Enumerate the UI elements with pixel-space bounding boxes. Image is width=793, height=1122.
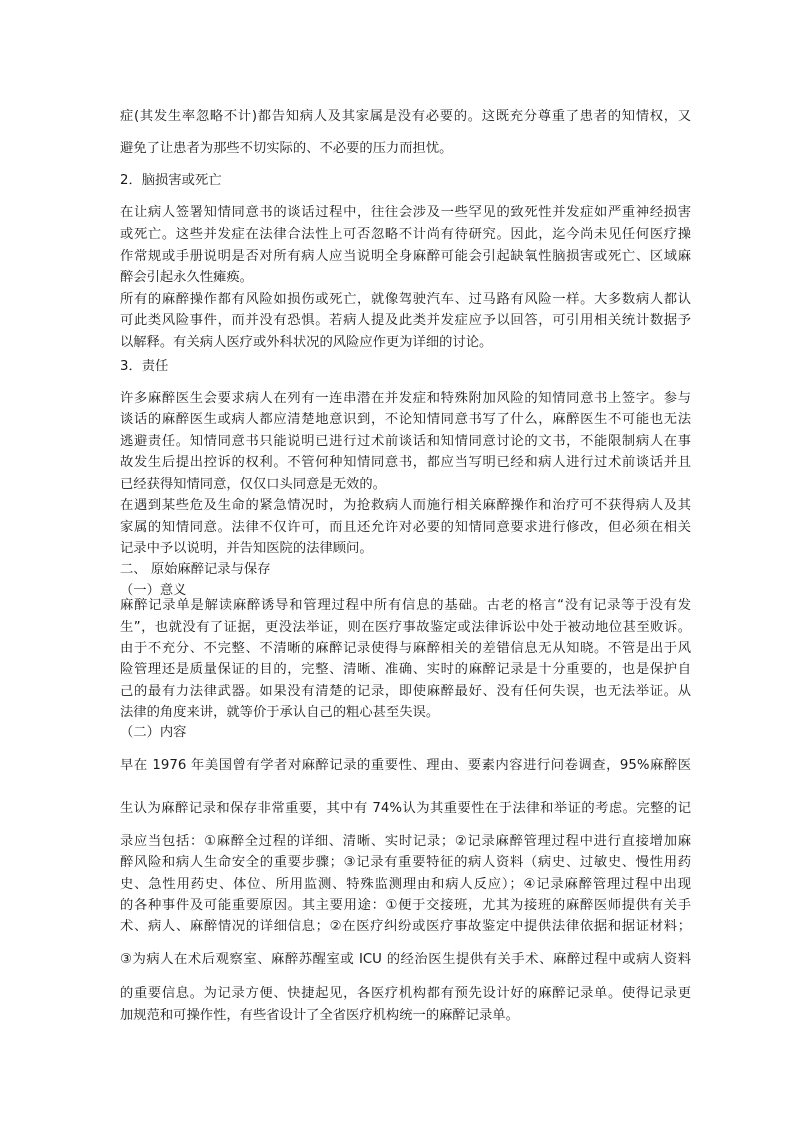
paragraph-line: 己的最有力法律武器。如果没有清楚的记录，即使麻醉最好、没有任何失误，也无法举证。…	[120, 682, 691, 702]
paragraph-line: 避免了让患者为那些不切实际的、不必要的压力而担忧。	[120, 139, 691, 159]
paragraph-line: 醉会引起永久性瘫痪。	[120, 268, 691, 288]
paragraph-line: 的各种事件及可能重要原因。其主要用途：①便于交接班，尤其为接班的麻醉医师提供有关…	[120, 896, 691, 916]
paragraph-line: 加规范和可操作性，有些省设计了全省医疗机构统一的麻醉记录单。	[120, 1006, 691, 1026]
paragraph-line: 录应当包括：①麻醉全过程的详细、清晰、实时记录；②记录麻醉管理过程中进行直接增加…	[120, 832, 691, 852]
paragraph-line: 所有的麻醉操作都有风险如损伤或死亡，就像驾驶汽车、过马路有风险一样。大多数病人都…	[120, 290, 691, 310]
paragraph-line: 法律的角度来讲，就等价于承认自己的粗心甚至失误。	[120, 703, 691, 723]
paragraph-line: 在让病人签署知情同意书的谈话过程中，往往会涉及一些罕见的致死性并发症如严重神经损…	[120, 203, 691, 223]
paragraph-line: 醉风险和病人生命安全的重要步骤；③记录有重要特征的病人资料（病史、过敏史、慢性用…	[120, 853, 691, 873]
paragraph-line: 或死亡。这些并发症在法律合法性上可否忽略不计尚有待研究。因此，迄今尚未见任何医疗…	[120, 225, 691, 245]
paragraph-line: 早在 1976 年美国曾有学者对麻醉记录的重要性、理由、要素内容进行问卷调查，9…	[120, 756, 691, 776]
paragraph-line: 生认为麻醉记录和保存非常重要，其中有 74%认为其重要性在于法律和举证的考虑。完…	[120, 799, 691, 819]
paragraph-line: 以解释。有关病人医疗或外科状况的风险应作更为详细的讨论。	[120, 333, 691, 353]
section-heading: 3．责任	[120, 357, 691, 377]
paragraph-line: 麻醉记录单是解读麻醉诱导和管理过程中所有信息的基础。古老的格言“没有记录等于没有…	[120, 596, 691, 616]
paragraph-line: 在遇到某些危及生命的紧急情况时，为抢救病人而施行相关麻醉操作和治疗可不获得病人及…	[120, 496, 691, 516]
paragraph-line: 可此类风险事件，而并没有恐惧。若病人提及此类并发症应予以回答，可引用相关统计数据…	[120, 311, 691, 331]
paragraph-line: 许多麻醉医生会要求病人在列有一连串潜在并发症和特殊附加风险的知情同意书上签字。参…	[120, 389, 691, 409]
paragraph-line: 逃避责任。知情同意书只能说明已进行过术前谈话和知情同意讨论的文书，不能限制病人在…	[120, 432, 691, 452]
section-heading: （二）内容	[120, 723, 691, 743]
paragraph-line: 史、急性用药史、体位、所用监测、特殊监测理由和病人反应）；④记录麻醉管理过程中出…	[120, 875, 691, 895]
paragraph-line: 作常规或手册说明是否对所有病人应当说明全身麻醉可能会引起缺氧性脑损害或死亡、区域…	[120, 247, 691, 267]
paragraph-line: 谈话的麻醉医生或病人都应清楚地意识到，不论知情同意书写了什么，麻醉医生不可能也无…	[120, 410, 691, 430]
document-page: 症(其发生率忽略不计)都告知病人及其家属是没有必要的。这既充分尊重了患者的知情权…	[0, 0, 793, 1122]
paragraph-line: 家属的知情同意。法律不仅许可，而且还允许对必要的知情同意要求进行修改，但必须在相…	[120, 518, 691, 538]
paragraph-line: 症(其发生率忽略不计)都告知病人及其家属是没有必要的。这既充分尊重了患者的知情权…	[120, 107, 691, 127]
paragraph-line: 的重要信息。为记录方便、快捷起见，各医疗机构都有预先设计好的麻醉记录单。使得记录…	[120, 984, 691, 1004]
paragraph-line: 故发生后提出控诉的权利。不管何种知情同意书，都应当写明已经和病人进行过术前谈话并…	[120, 453, 691, 473]
paragraph-line: 生”，也就没有了证据，更没法举证，则在医疗事故鉴定或法律诉讼中处于被动地位甚至败…	[120, 618, 691, 638]
paragraph-line: 记录中予以说明，并告知医院的法律顾问。	[120, 539, 691, 559]
paragraph-line: 险管理还是质量保证的目的，完整、清晰、准确、实时的麻醉记录是十分重要的，也是保护…	[120, 660, 691, 680]
paragraph-line: 术、病人、麻醉情况的详细信息；②在医疗纠纷或医疗事故鉴定中提供法律依据和据证材料…	[120, 917, 691, 937]
section-heading: 二、 原始麻醉记录与保存	[120, 560, 691, 580]
paragraph-line: ③为病人在术后观察室、麻醉苏醒室或 ICU 的经治医生提供有关手术、麻醉过程中或…	[120, 950, 691, 970]
paragraph-line: 已经获得知情同意，仅仅口头同意是无效的。	[120, 475, 691, 495]
section-heading: 2．脑损害或死亡	[120, 171, 691, 191]
paragraph-line: 由于不充分、不完整、不清晰的麻醉记录使得与麻醉相关的差错信息无从知晓。不管是出于…	[120, 639, 691, 659]
